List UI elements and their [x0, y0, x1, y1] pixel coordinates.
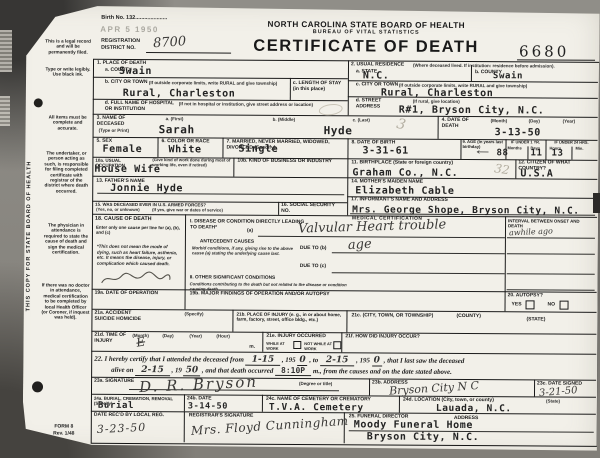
- day-col-label: (Day): [529, 118, 540, 123]
- first-name-label: a. (First): [166, 116, 184, 121]
- attended-to-year: 0: [372, 355, 382, 366]
- street-address-value: R#1, Bryson City, N.C.: [399, 105, 545, 117]
- injury-m-label: m.: [249, 345, 255, 351]
- date-of-death-value: 3-13-50: [495, 127, 541, 138]
- occupation-hint: (Give kind of work done during most of w…: [152, 158, 232, 168]
- margin-note-items: All items must be complete and accurate.: [45, 114, 91, 130]
- type-or-print-hint: (Type or Print): [99, 128, 129, 133]
- armed-forces-hint2: (If yes, give war or dates of service): [152, 208, 276, 214]
- injury-day-label: (Day): [162, 333, 173, 338]
- funeral-home-city-value: Bryson City, N.C.: [367, 431, 480, 443]
- usual-residence-hint: (Where deceased lived. If institution: r…: [413, 63, 595, 69]
- cause-enter-note: Enter only one cause per line for (a), (…: [96, 225, 181, 236]
- grid-line: [527, 146, 528, 159]
- street-address-label: d. STREET ADDRESS: [356, 98, 392, 110]
- grid-line: [460, 139, 461, 159]
- date-of-death-label: 4. DATE OF DEATH: [442, 118, 472, 130]
- last-seen-alive-value: 2-15: [135, 365, 170, 376]
- first-name-value: Sarah: [159, 123, 195, 136]
- injury-hour-label: (Hour): [216, 333, 230, 338]
- grid-line: [184, 394, 185, 411]
- burial-location-state-label: (State): [546, 399, 560, 404]
- edge-copy-text: THIS COPY FOR STATE BOARD OF HEALTH: [25, 146, 32, 311]
- age-value: 88: [496, 148, 508, 158]
- race-value: White: [168, 144, 201, 155]
- autopsy-no-label: NO: [548, 303, 556, 309]
- date-received-label: DATE REC'D BY LOCAL REG.: [94, 413, 179, 419]
- state-value: N.C.: [363, 70, 390, 81]
- informant-value: Mrs. George Shope, Bryson City, N.C.: [352, 204, 580, 216]
- certificate-title: CERTIFICATE OF DEATH: [226, 37, 506, 58]
- injury-time-scribble: E: [135, 334, 146, 349]
- last-name-label: c. (Last): [353, 117, 370, 122]
- injury-occurred-label: 21e. INJURY OCCURRED: [266, 334, 326, 340]
- city-town-value: Rural, Charleston: [123, 88, 236, 100]
- cause-b-value: age: [347, 237, 372, 253]
- margin-note-undertaker: The undertaker, or person acting as such…: [42, 150, 90, 194]
- death-certificate-sheet: This is a legal record and will be perma…: [0, 0, 600, 458]
- certify-statement-line2: alive on 2-15 , 19 50 , and that death o…: [111, 365, 452, 377]
- autopsy-yes-label: YES: [512, 302, 522, 308]
- while-at-work-label: WHILE AT WORK: [266, 342, 292, 351]
- father-name-value: Jonnie Hyde: [110, 183, 183, 194]
- certify-text: 22. I hereby certify that I attended the…: [94, 356, 244, 364]
- injury-city-label: 21c. (CITY, TOWN, OR TOWNSHIP): [351, 313, 433, 319]
- signature-label: 23a. SIGNATURE: [94, 379, 134, 385]
- dob-value: 3-31-61: [362, 145, 408, 156]
- cause-a-label: (a): [247, 229, 253, 235]
- punch-hole: [32, 381, 43, 392]
- margin-note-doctor: If there was no doctor in attendance, me…: [41, 282, 89, 320]
- autopsy-label: 20. AUTOPSY?: [508, 293, 543, 299]
- time-of-injury-label: 21d. TIME OF INJURY: [94, 333, 128, 345]
- certify-text: , 19: [172, 367, 182, 374]
- injury-year-label: (Year): [189, 333, 202, 338]
- time-of-death-value: 8:10P: [275, 366, 311, 376]
- certify-text: , that I last saw the deceased: [384, 358, 465, 365]
- middle-name-label: b. (Middle): [273, 117, 296, 122]
- age-days-value: 11: [530, 148, 542, 158]
- form-revision: Rev. 1/48: [39, 431, 89, 437]
- edge-paper-fragment: [0, 96, 10, 126]
- city-town-hint: (If outside corporate limits, write RURA…: [149, 80, 284, 86]
- not-while-at-work-checkbox: [333, 341, 341, 349]
- date-received-value: 3-23-50: [97, 421, 147, 436]
- cause-of-death-title: 18. CAUSE OF DEATH: [95, 216, 153, 223]
- length-of-stay-label: c. LENGTH OF STAY (in this place): [293, 81, 345, 93]
- ink-smudge: [593, 193, 600, 213]
- while-at-work-checkbox: [293, 341, 301, 349]
- margin-note-legal: This is a legal record and will be perma…: [45, 38, 91, 54]
- hospital-hint: (If not in hospital or institution, give…: [179, 101, 341, 107]
- attended-to-value: 2-15: [320, 355, 355, 366]
- pencil-scribble: [100, 271, 172, 287]
- city-town-label: b. CITY OR TOWN: [105, 80, 148, 86]
- birthplace-value: Graham Co., N.C.: [352, 167, 458, 179]
- birth-no-label: Birth No. 132.....................: [101, 15, 167, 22]
- grid-line: [346, 310, 347, 332]
- certify-text: m., from the causes and on the date stat…: [313, 368, 452, 376]
- injury-state-label: (STATE): [526, 317, 545, 323]
- grid-line: [290, 78, 291, 100]
- grid-line: [146, 52, 231, 54]
- grid-line: [262, 395, 263, 412]
- sex-value: Female: [102, 144, 142, 155]
- last-name-value: Hyde: [324, 124, 353, 137]
- registration-label: REGISTRATION: [101, 38, 140, 44]
- district-no-value: 8700: [153, 34, 187, 51]
- armed-forces-hint1: (Yes, no, or unknown): [96, 208, 140, 213]
- hospital-label: d. FULL NAME OF HOSPITAL OR INSTITUTION: [105, 101, 177, 113]
- birthplace-label: 11. BIRTHPLACE (State or foreign country…: [351, 160, 453, 167]
- place-of-injury-label: 21b. PLACE OF INJURY (e. g., in or about…: [236, 312, 341, 323]
- informant-label: 17. INFORMANT'S NAME AND ADDRESS: [351, 197, 448, 203]
- month-col-label: (Month): [491, 118, 508, 123]
- grid-line: [545, 139, 546, 159]
- grid-line: [515, 159, 516, 178]
- certify-text: , 195: [282, 357, 296, 364]
- grid-line: [232, 310, 233, 332]
- major-findings-label: 19b. MAJOR FINDINGS OF OPERATION AND/OR …: [190, 291, 330, 298]
- grid-line: [157, 137, 158, 157]
- burial-location-value: Lauada, N.C.: [436, 403, 512, 414]
- burial-date-value: 3-14-50: [188, 401, 228, 411]
- degree-or-title-label: (Degree or title): [299, 381, 332, 386]
- grid-line: [341, 332, 342, 352]
- occupation-value: House Wife: [94, 164, 160, 175]
- autopsy-no-checkbox: [560, 301, 569, 310]
- age-hours-value: 13: [551, 149, 563, 159]
- certify-text: alive on: [111, 367, 133, 374]
- cemetery-value: T.V.A. Cemetery: [269, 402, 364, 414]
- grid-line: [438, 116, 439, 139]
- attended-from-value: 1-15: [246, 355, 281, 366]
- scanned-photo-background: This is a legal record and will be perma…: [0, 0, 600, 458]
- margin-note-type: Type or write legibly. Use black ink.: [45, 66, 91, 77]
- pencil-mark: 32: [493, 161, 510, 177]
- how-injury-occurred-label: 21f. HOW DID INJURY OCCUR?: [345, 334, 419, 340]
- antecedent-note: Morbid conditions, if any, giving rise t…: [192, 245, 296, 256]
- residence-county-value: Swain: [493, 71, 523, 81]
- injury-county-label: (COUNTY): [456, 314, 480, 320]
- grid-line: [184, 411, 185, 442]
- date-of-operation-label: 19a. DATE OF OPERATION: [95, 291, 175, 297]
- ssn-label: 16. SOCIAL SECURITY NO.: [281, 203, 343, 215]
- business-label: 10b. KIND OF BUSINESS OR INDUSTRY: [237, 159, 342, 166]
- not-while-at-work-label: NOT WHILE AT WORK: [304, 342, 332, 351]
- age-arrow-mark: ←: [476, 147, 489, 158]
- date-received-stamp: APR 5 1950: [100, 25, 159, 34]
- district-no-label: DISTRICT NO.: [101, 45, 136, 51]
- grid-line: [369, 378, 370, 395]
- bureau-subtitle: BUREAU OF VITAL STATISTICS: [231, 29, 501, 37]
- grid-line: [534, 379, 535, 396]
- certify-text: , 195: [356, 357, 370, 364]
- grid-line: [571, 147, 572, 160]
- county-value: Swain: [119, 66, 152, 77]
- registrar-signature-label: REGISTRAR'S SIGNATURE: [189, 413, 253, 419]
- grid-line: [222, 138, 223, 158]
- margin-note-physician: The physician in attendance is required …: [42, 222, 90, 255]
- months-col-label: Months: [507, 146, 521, 151]
- name-of-deceased-label: 3. NAME OF DECEASED: [97, 116, 141, 128]
- due-to-b-label: DUE TO (b): [300, 246, 327, 252]
- edge-paper-fragment: [0, 30, 12, 72]
- marital-value: Single: [238, 144, 278, 155]
- burial-type-value: Burial: [98, 401, 134, 411]
- street-address-hint: (If rural, give location): [413, 99, 460, 104]
- autopsy-yes-checkbox: [526, 300, 535, 309]
- certify-text: , to: [309, 357, 318, 364]
- citizen-value: U.S.A: [520, 168, 553, 179]
- due-to-c-label: DUE TO (c): [300, 264, 326, 270]
- grid-line: [262, 332, 263, 352]
- attended-from-year: 0: [297, 355, 307, 366]
- punch-hole: [34, 98, 43, 107]
- accident-suicide-homicide-label: 21a. ACCIDENT SUICIDE HOMICIDE: [94, 311, 142, 323]
- grid-line: [399, 396, 400, 413]
- mother-name-value: Elizabeth Cable: [355, 185, 454, 197]
- funeral-home-value: Moody Funeral Home: [354, 419, 473, 431]
- certificate-number: 6680: [519, 42, 569, 60]
- year-col-label: (Year): [563, 119, 576, 124]
- specify-hint: (Specify): [184, 311, 203, 316]
- grid-line: [278, 202, 279, 215]
- cause-footnote: *This does not mean the mode of dying, s…: [97, 244, 179, 267]
- residence-city-value: Rural, Charleston: [381, 87, 494, 99]
- grid-line: [233, 158, 234, 177]
- min-col-label: Min.: [575, 147, 583, 152]
